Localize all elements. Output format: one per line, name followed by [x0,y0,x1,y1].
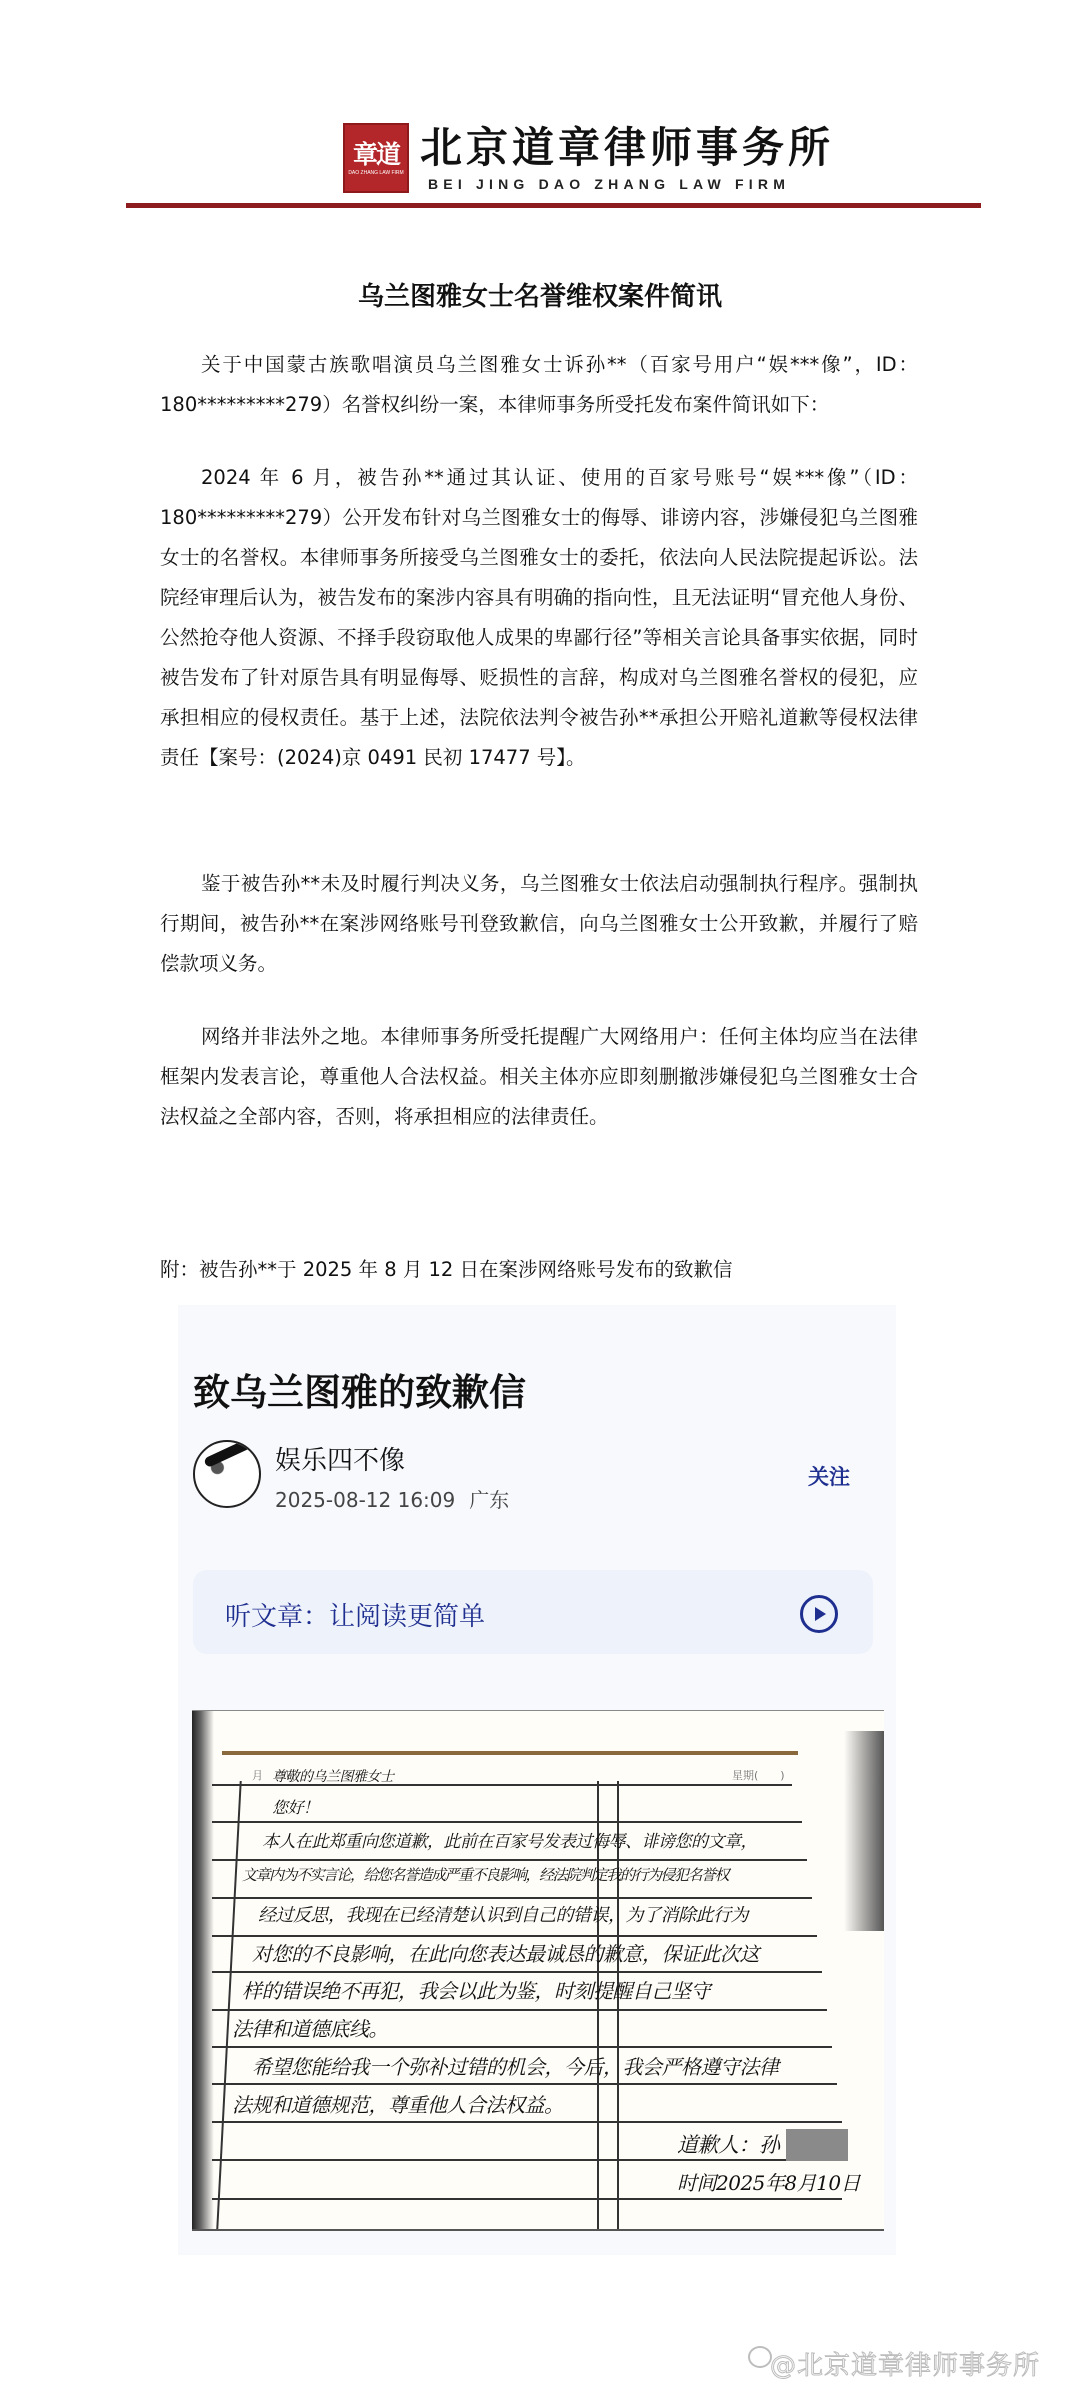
paragraph-enforcement: 鉴于被告孙**未及时履行判决义务，乌兰图雅女士依法启动强制执行程序。强制执行期间… [160,864,918,984]
weibo-watermark: @北京道章律师事务所 [770,2345,1040,2382]
play-circle-icon [815,1607,826,1621]
letter-top-band [222,1751,798,1755]
seal-subtitle: DAO ZHANG LAW FIRM [348,170,403,176]
letter-header-weekday: 星期( ) [732,1767,785,1783]
attachment-note: 附：被告孙**于 2025 年 8 月 12 日在案涉网络账号发布的致歉信 [160,1254,733,1282]
letter-line: 希望您能给我一个弥补过错的机会，今后，我会严格遵守法律 [252,2051,779,2080]
letter-line: 样的错误绝不再犯，我会以此为鉴，时刻提醒自己坚守 [242,1975,710,2004]
listen-article-label: 听文章：让阅读更简单 [225,1596,485,1633]
header-divider [126,203,981,208]
letter-greeting: 您好！ [272,1795,319,1818]
handwritten-apology-letter: 月 日 星期( ) 尊敬的乌兰图雅女士 您好！ 本人在此郑重向您道歉，此前在百家… [192,1710,884,2231]
paragraph-case-details: 2024 年 6 月，被告孙**通过其认证、使用的百家号账号“娱***像”（ID… [160,458,918,778]
letter-signature: 道歉人：孙 [677,2129,780,2159]
play-button[interactable] [800,1595,838,1633]
letter-line: 法律和道德底线。 [232,2013,388,2042]
firm-name-chinese: 北京道章律师事务所 [420,123,834,173]
letter-line: 文章内为不实言论，给您名誉造成严重不良影响，经法院判定我的行为侵犯名誉权 [242,1864,728,1885]
post-meta: 2025-08-12 16:09广东 [275,1484,509,1513]
letter-line: 法规和道德规范，尊重他人合法权益。 [232,2089,564,2118]
author-avatar[interactable] [193,1440,261,1508]
avatar-image [203,1440,253,1468]
redacted-name [786,2129,848,2161]
post-location: 广东 [469,1488,509,1512]
article-title: 乌兰图雅女士名誉维权案件简讯 [0,276,1080,313]
firm-name-english: BEI JING DAO ZHANG LAW FIRM [428,176,790,192]
post-title: 致乌兰图雅的致歉信 [193,1362,526,1416]
post-datetime: 2025-08-12 16:09 [275,1488,455,1512]
seal-characters: 章道 [353,140,399,170]
paragraph-reminder: 网络并非法外之地。本律师事务所受托提醒广大网络用户：任何主体均应当在法律框架内发… [160,1017,918,1137]
weibo-icon [748,2346,772,2368]
follow-button[interactable]: 关注 [808,1461,850,1491]
letter-line: 经过反思，我现在已经清楚认识到自己的错误，为了消除此行为 [258,1901,748,1927]
author-name[interactable]: 娱乐四不像 [275,1440,405,1477]
paragraph-intro: 关于中国蒙古族歌唱演员乌兰图雅女士诉孙**（百家号用户“娱***像”，ID：18… [160,345,918,425]
letter-line: 本人在此郑重向您道歉，此前在百家号发表过侮辱、诽谤您的文章， [262,1827,757,1852]
letter-line: 对您的不良影响，在此向您表达最诚恳的歉意，保证此次这 [252,1938,759,1967]
letter-date: 时间2025年8月10日 [677,2167,860,2196]
letter-salutation: 尊敬的乌兰图雅女士 [272,1766,394,1786]
firm-logo-seal: 章道 DAO ZHANG LAW FIRM [343,123,409,193]
